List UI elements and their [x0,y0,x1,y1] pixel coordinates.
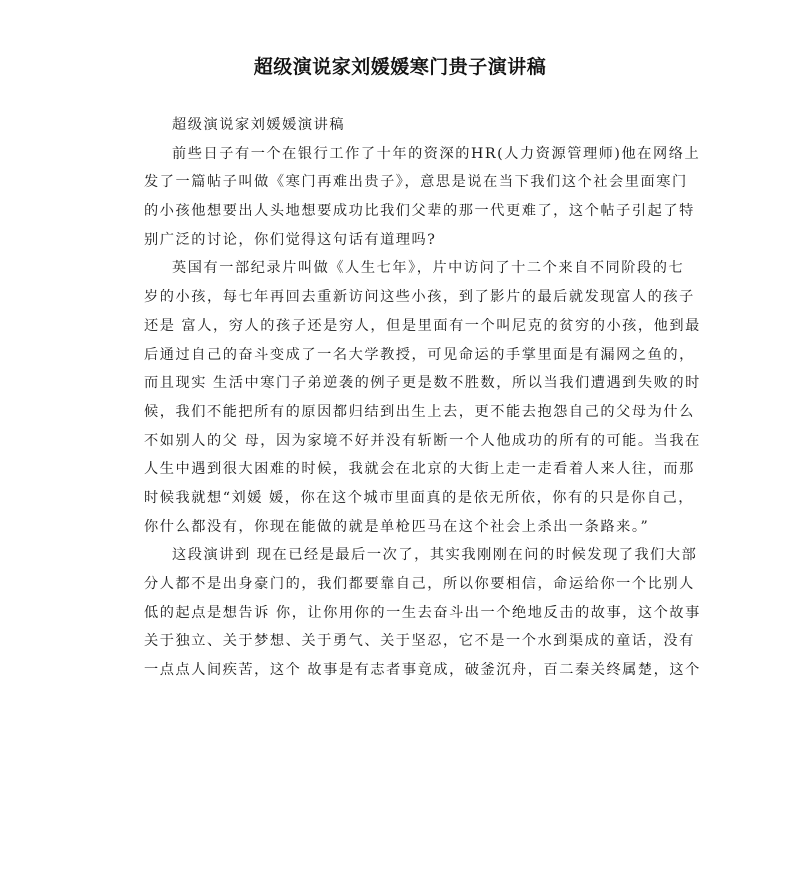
paragraph-1: 前些日子有一个在银行工作了十年的资深的HR(人力资源管理师)他在网络上 发了一篇… [144,140,656,255]
paragraph-line: 发了一篇帖子叫做《寒门再难出贵子》，意思是说在当下我们这个社会里面寒门 [144,168,656,197]
paragraph-line: 英国有一部纪录片叫做《人生七年》，片中访问了十二个来自不同阶段的七 [144,254,656,283]
paragraph-line: 还是 富人，穷人的孩子还是穷人，但是里面有一个叫尼克的贫穷的小孩，他到最 [144,312,656,341]
paragraph-line: 你什么都没有，你现在能做的就是单枪匹马在这个社会上杀出一条路来。” [144,513,656,542]
document-body: 超级演说家刘媛媛演讲稿 前些日子有一个在银行工作了十年的资深的HR(人力资源管理… [144,111,656,685]
paragraph-2: 英国有一部纪录片叫做《人生七年》，片中访问了十二个来自不同阶段的七 岁的小孩，每… [144,254,656,541]
paragraph-line: 一点点人间疾苦，这个 故事是有志者事竟成，破釜沉舟，百二秦关终属楚，这个 [144,656,656,685]
document-page: 超级演说家刘媛媛寒门贵子演讲稿 超级演说家刘媛媛演讲稿 前些日子有一个在银行工作… [0,0,800,877]
paragraph-line: 低的起点是想告诉 你，让你用你的一生去奋斗出一个绝地反击的故事，这个故事 [144,599,656,628]
paragraph-3: 这段演讲到 现在已经是最后一次了，其实我刚刚在问的时候发现了我们大部 分人都不是… [144,541,656,684]
paragraph-line: 的小孩他想要出人头地想要成功比我们父辈的那一代更难了，这个帖子引起了特 [144,197,656,226]
paragraph-line: 不如别人的父 母，因为家境不好并没有斩断一个人他成功的所有的可能。当我在 [144,427,656,456]
paragraph-line: 关于独立、关于梦想、关于勇气、关于坚忍，它不是一个水到渠成的童话，没有 [144,627,656,656]
paragraph-line: 人生中遇到很大困难的时候，我就会在北京的大街上走一走看着人来人往，而那 [144,455,656,484]
paragraph-line: 而且现实 生活中寒门子弟逆袭的例子更是数不胜数，所以当我们遭遇到失败的时 [144,369,656,398]
paragraph-line: 后通过自己的奋斗变成了一名大学教授，可见命运的手掌里面是有漏网之鱼的， [144,341,656,370]
document-title: 超级演说家刘媛媛寒门贵子演讲稿 [0,52,800,79]
paragraph-line: 岁的小孩，每七年再回去重新访问这些小孩，到了影片的最后就发现富人的孩子 [144,283,656,312]
paragraph-line: 分人都不是出身豪门的，我们都要靠自己，所以你要相信，命运给你一个比别人 [144,570,656,599]
paragraph-line: 这段演讲到 现在已经是最后一次了，其实我刚刚在问的时候发现了我们大部 [144,541,656,570]
paragraph-line: 候，我们不能把所有的原因都归结到出生上去，更不能去抱怨自己的父母为什么 [144,398,656,427]
document-subtitle: 超级演说家刘媛媛演讲稿 [144,111,656,140]
paragraph-line: 时候我就想“刘媛 媛，你在这个城市里面真的是依无所依，你有的只是你自己， [144,484,656,513]
paragraph-line: 前些日子有一个在银行工作了十年的资深的HR(人力资源管理师)他在网络上 [144,140,656,169]
paragraph-line: 别广泛的讨论，你们觉得这句话有道理吗? [144,226,656,255]
